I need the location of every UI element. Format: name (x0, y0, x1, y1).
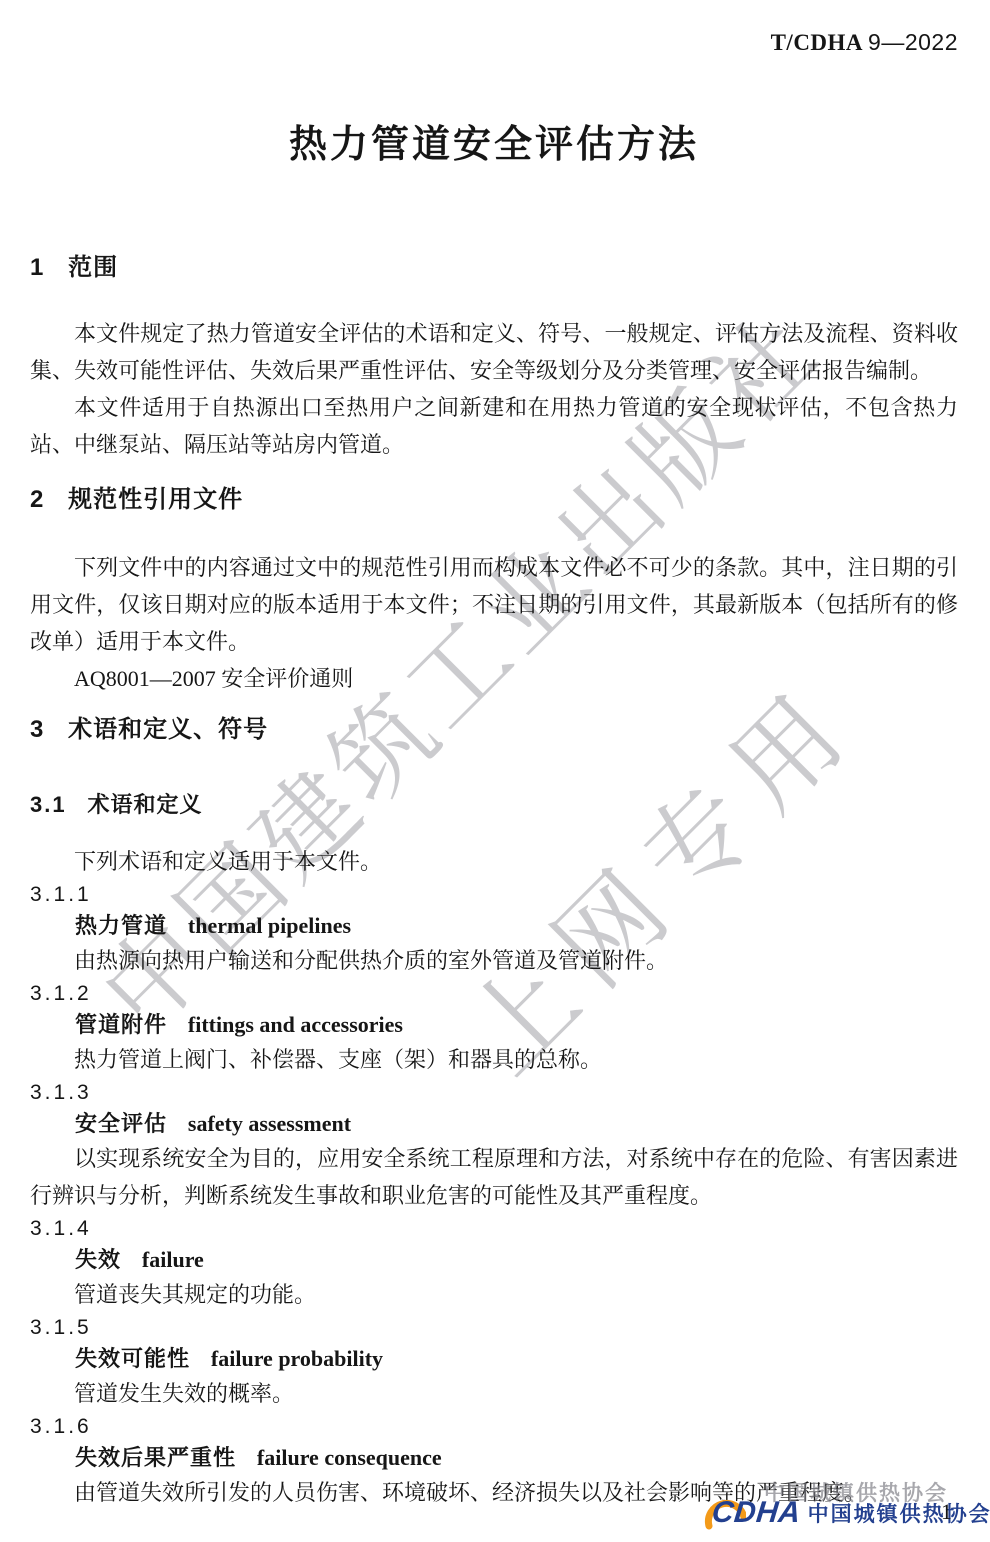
terms-intro: 下列术语和定义适用于本文件。 (30, 843, 958, 880)
term-en: thermal pipelines (188, 913, 351, 938)
term-zh: 失效后果严重性 (75, 1445, 236, 1470)
term-zh: 安全评估 (75, 1111, 167, 1136)
doc-code: T/CDHA 9—2022 (30, 28, 958, 57)
term-number: 3.1.4 (30, 1214, 958, 1244)
paragraph-references: 下列文件中的内容通过文中的规范性引用而构成本文件必不可少的条款。其中，注日期的引… (30, 549, 958, 660)
section-heading-scope: 1范围 (30, 253, 958, 283)
term-en: failure probability (211, 1346, 383, 1371)
section-number: 1 (30, 254, 45, 281)
term-title: 失效failure (30, 1244, 958, 1276)
term-definition: 管道丧失其规定的功能。 (30, 1276, 958, 1313)
term-en: failure (142, 1247, 204, 1272)
document-page: 中国建筑工业出版社 上网专用 T/CDHA 9—2022 热力管道安全评估方法 … (0, 0, 990, 1542)
term-en: failure consequence (257, 1445, 442, 1470)
subsection-number: 3.1 (30, 792, 67, 817)
section-heading-label: 范围 (68, 254, 118, 281)
term-zh: 失效 (75, 1247, 121, 1272)
term-title: 热力管道thermal pipelines (30, 910, 958, 942)
page-title: 热力管道安全评估方法 (30, 121, 958, 169)
doc-code-number: 9—2022 (868, 29, 958, 55)
referenced-standard: AQ8001—2007 安全评价通则 (30, 660, 958, 697)
association-logo: 中国城镇供热协会 CDHA 中国城镇供热协会 (700, 1476, 968, 1534)
term-number: 3.1.6 (30, 1412, 958, 1442)
section-heading-references: 2规范性引用文件 (30, 485, 958, 515)
term-title: 管道附件fittings and accessories (30, 1009, 958, 1041)
section-heading-terms: 3术语和定义、符号 (30, 715, 958, 745)
term-zh: 管道附件 (75, 1012, 167, 1037)
paragraph-scope-1: 本文件规定了热力管道安全评估的术语和定义、符号、一般规定、评估方法及流程、资料收… (30, 315, 958, 389)
term-number: 3.1.1 (30, 880, 958, 910)
term-zh: 失效可能性 (75, 1346, 190, 1371)
association-acronym: CDHA (710, 1498, 802, 1528)
term-zh: 热力管道 (75, 913, 167, 938)
term-definition: 热力管道上阀门、补偿器、支座（架）和器具的总称。 (30, 1041, 958, 1078)
term-definition: 由热源向热用户输送和分配供热介质的室外管道及管道附件。 (30, 942, 958, 979)
subsection-heading-label: 术语和定义 (87, 792, 202, 817)
term-definition: 管道发生失效的概率。 (30, 1375, 958, 1412)
term-number: 3.1.2 (30, 979, 958, 1009)
term-title: 失效可能性failure probability (30, 1343, 958, 1375)
term-en: fittings and accessories (188, 1012, 403, 1037)
term-number: 3.1.5 (30, 1313, 958, 1343)
term-title: 失效后果严重性failure consequence (30, 1442, 958, 1474)
association-name: 中国城镇供热协会 (808, 1498, 990, 1528)
term-title: 安全评估safety assessment (30, 1108, 958, 1140)
page-number: 1 (941, 1499, 952, 1525)
term-number: 3.1.3 (30, 1078, 958, 1108)
paragraph-scope-2: 本文件适用于自热源出口至热用户之间新建和在用热力管道的安全现状评估，不包含热力站… (30, 389, 958, 463)
section-heading-label: 术语和定义、符号 (68, 716, 268, 743)
section-number: 2 (30, 486, 45, 513)
section-heading-label: 规范性引用文件 (68, 486, 243, 513)
page-content: T/CDHA 9—2022 热力管道安全评估方法 1范围 本文件规定了热力管道安… (0, 0, 990, 1542)
subsection-heading-terms: 3.1术语和定义 (30, 791, 958, 819)
doc-code-prefix: T/CDHA (771, 30, 862, 55)
term-definition: 以实现系统安全为目的，应用安全系统工程原理和方法，对系统中存在的危险、有害因素进… (30, 1140, 958, 1214)
term-en: safety assessment (188, 1111, 351, 1136)
section-number: 3 (30, 716, 45, 743)
